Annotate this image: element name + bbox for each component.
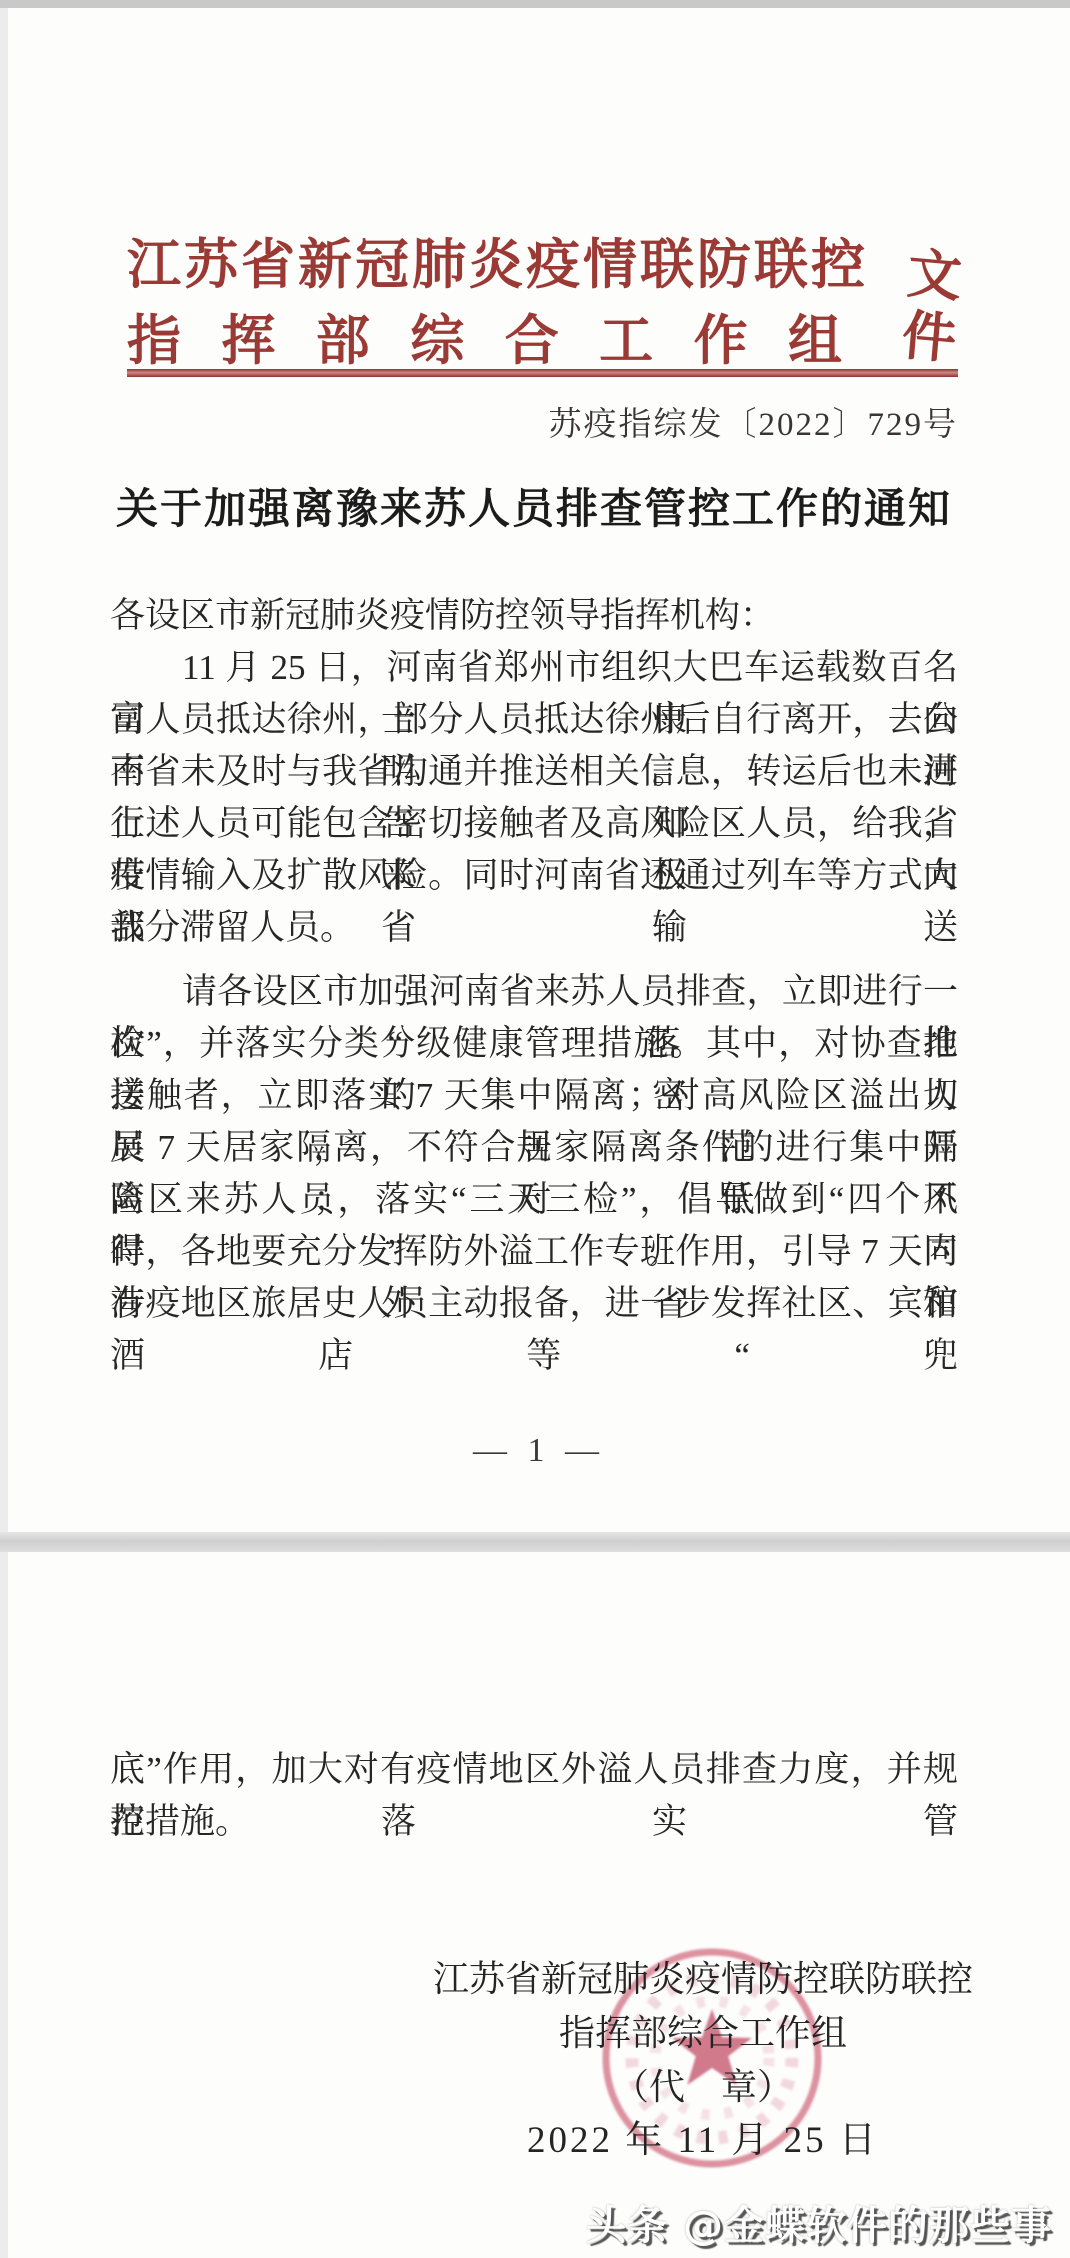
signature-date: 2022 年 11 月 25 日 — [328, 2114, 1070, 2168]
document-page-2: 底”作用，加大对有疫情地区外溢人员排查力度，并规范落实管控措施。 江苏省新冠肺炎… — [8, 1552, 1070, 2258]
signature-org-line1: 江苏省新冠肺炎疫情防控联防联控 — [328, 1952, 1070, 2006]
page-number: — 1 — — [8, 1432, 1070, 1470]
body-line: 接触者，立即落实 7 天集中隔离；对高风险区溢出人员，规范开 — [110, 1070, 958, 1122]
document-page-1: 江苏省新冠肺炎疫情联防联控 指挥部综合工作组 文件 苏疫指综发〔2022〕729… — [8, 8, 1070, 1532]
top-edge-band — [0, 0, 1070, 8]
document-title: 关于加强离豫来苏人员排查管控工作的通知 — [110, 476, 958, 536]
letterhead-org-line2: 指挥部综合工作组 — [127, 298, 842, 375]
body-line: 险区来苏人员，落实“三天三检”，倡导做到“四个不得”。同 — [110, 1174, 958, 1226]
body-line: 请各设区市加强河南省来苏人员排查，立即进行一次“落地 — [110, 966, 958, 1018]
signature-org-line2: 指挥部综合工作组 — [328, 2006, 1070, 2060]
body-line: 司人员抵达徐州，部分人员抵达徐州后自行离开，去向不明。河 — [110, 694, 958, 746]
body-line: 11 月 25 日，河南省郑州市组织大巴车运载数百名富士康公 — [110, 642, 958, 694]
body-line: 上述人员可能包含密切接触者及高风险区人员，给我省带来极大 — [110, 798, 958, 850]
paragraph-1: 11 月 25 日，河南省郑州市组织大巴车运载数百名富士康公司人员抵达徐州，部分… — [110, 642, 958, 954]
salutation-line: 各设区市新冠肺炎疫情防控领导指挥机构： — [110, 590, 958, 642]
body-line: 涉疫地区旅居史人员主动报备，进一步发挥社区、宾馆酒店等“兜 — [110, 1278, 958, 1330]
paragraph-2: 请各设区市加强河南省来苏人员排查，立即进行一次“落地检”，并落实分类分级健康管理… — [110, 966, 958, 1330]
body-line: 疫情输入及扩散风险。同时河南省还通过列车等方式向我省输送 — [110, 850, 958, 902]
body-line: 时，各地要充分发挥防外溢工作专班作用，引导 7 天内有外省和 — [110, 1226, 958, 1278]
left-edge-strip — [0, 8, 8, 2258]
toutiao-watermark: 头条 @金蝶软件的那些事 — [586, 2194, 1052, 2251]
document-number: 苏疫指综发〔2022〕729号 — [549, 398, 959, 445]
letterhead-red-rule — [127, 369, 958, 377]
body-line: 底”作用，加大对有疫情地区外溢人员排查力度，并规范落实管 — [110, 1744, 958, 1796]
screenshot-canvas: 江苏省新冠肺炎疫情联防联控 指挥部综合工作组 文件 苏疫指综发〔2022〕729… — [0, 0, 1070, 2258]
page-gap-divider — [0, 1532, 1070, 1552]
signature-block: 江苏省新冠肺炎疫情防控联防联控 指挥部综合工作组 （代 章） 2022 年 11… — [328, 1952, 1070, 2168]
body-line: 展 7 天居家隔离，不符合居家隔离条件的进行集中隔离；对低风 — [110, 1122, 958, 1174]
document-body: 各设区市新冠肺炎疫情防控领导指挥机构： 11 月 25 日，河南省郑州市组织大巴… — [110, 590, 958, 1330]
signature-seal-note: （代 章） — [328, 2060, 1070, 2114]
body-line: 南省未及时与我省沟通并推送相关信息，转运后也未进行告知， — [110, 746, 958, 798]
continuation-text: 底”作用，加大对有疫情地区外溢人员排查力度，并规范落实管控措施。 — [110, 1744, 958, 1848]
body-line: 检”，并落实分类分级健康管理措施。其中，对协查推送的密切 — [110, 1018, 958, 1070]
letterhead-org-line1: 江苏省新冠肺炎疫情联防联控 — [127, 222, 867, 299]
